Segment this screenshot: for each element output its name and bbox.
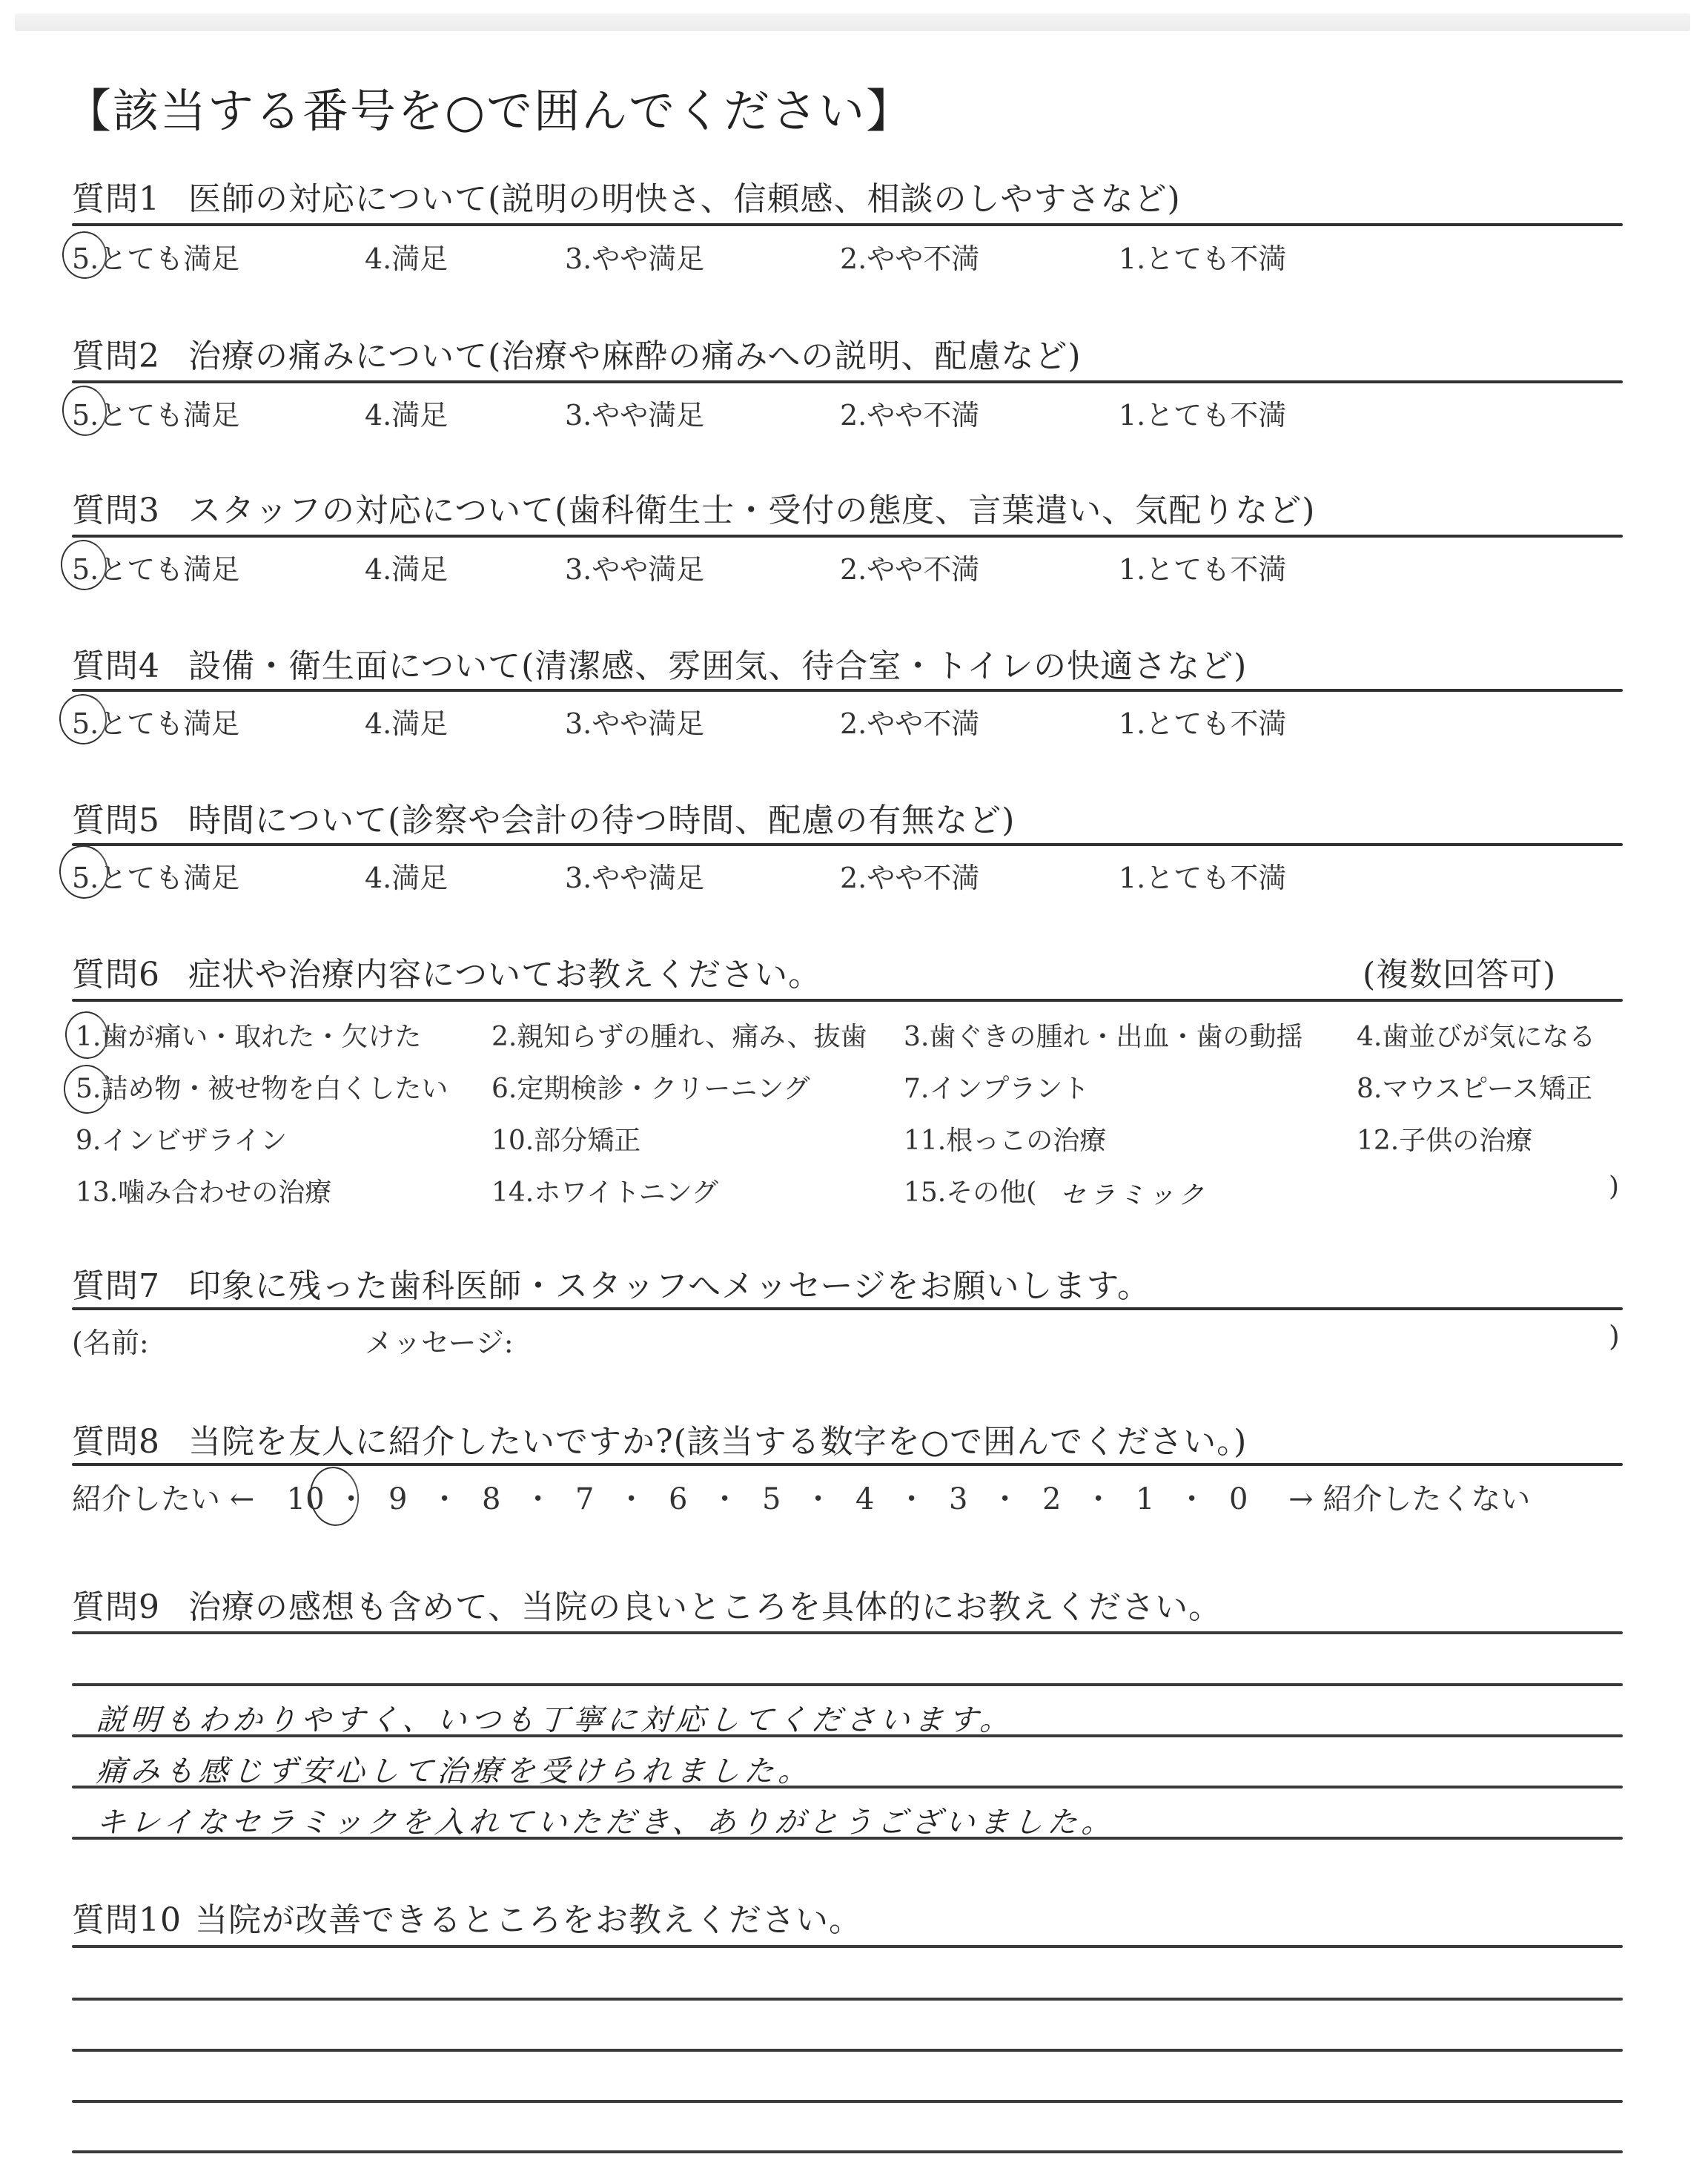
q3-option-2[interactable]: 2.やや不満 (840, 546, 979, 587)
question-2-number: 質問2 (72, 337, 160, 375)
question-8-number: 質問8 (72, 1423, 160, 1461)
question-1-header: 質問1医師の対応について(説明の明快さ、信頼感、相談のしやすさなど) (72, 172, 1181, 219)
question-10-header: 質問10当院が改善できるところをお教えください。 (72, 1893, 862, 1941)
q2-option-4[interactable]: 4.満足 (365, 392, 448, 433)
q5-option-2[interactable]: 2.やや不満 (840, 855, 979, 896)
q8-score-6[interactable]: 6 (661, 1482, 696, 1516)
q6-option-10[interactable]: 10.部分矯正 (491, 1120, 640, 1157)
question-9-text: 治療の感想も含めて、当院の良いところを具体的にお教えください。 (188, 1588, 1222, 1626)
q6-option-14[interactable]: 14.ホワイトニング (491, 1172, 718, 1209)
q9-answer-text-3[interactable]: キレイなセラミックを入れていただき、ありがとうございました。 (95, 1799, 1117, 1841)
question-3-rule (72, 535, 1623, 538)
q5-option-3[interactable]: 3.やや満足 (565, 855, 704, 896)
question-6-header: 質問6症状や治療内容についてお教えください。 (72, 948, 821, 995)
q6-option-3[interactable]: 3.歯ぐきの腫れ・出血・歯の動揺 (904, 1016, 1302, 1054)
q7-message-field[interactable] (549, 1320, 1586, 1353)
question-6-multiple-note: (複数回答可) (1363, 948, 1556, 995)
q6-option-12[interactable]: 12.子供の治療 (1357, 1120, 1532, 1157)
question-7-text: 印象に残った歯科医師・スタッフへメッセージをお願いします。 (188, 1267, 1151, 1305)
question-9-number: 質問9 (72, 1588, 160, 1626)
question-2-header: 質問2治療の痛みについて(治療や麻酔の痛みへの説明、配慮など) (72, 329, 1082, 377)
q3-option-4[interactable]: 4.満足 (365, 546, 448, 587)
q8-score-4[interactable]: 4 (847, 1482, 883, 1516)
q10-answer-line-5 (72, 2150, 1623, 2153)
question-1-rule (72, 223, 1623, 226)
q9-answer-line-2 (72, 1683, 1623, 1686)
q3-option-1[interactable]: 1.とても不満 (1119, 546, 1286, 587)
question-9-header: 質問9治療の感想も含めて、当院の良いところを具体的にお教えください。 (72, 1580, 1222, 1628)
q4-option-4[interactable]: 4.満足 (365, 701, 448, 742)
q5-option-4[interactable]: 4.満足 (365, 855, 448, 896)
question-8-rule (72, 1463, 1623, 1466)
q6-option-11[interactable]: 11.根っこの治療 (904, 1120, 1106, 1157)
q8-score-3[interactable]: 3 (941, 1482, 976, 1516)
q8-separator: ・ (976, 1476, 1034, 1518)
question-7-number: 質問7 (72, 1267, 160, 1305)
q4-option-3[interactable]: 3.やや満足 (565, 701, 704, 742)
q6-option-5[interactable]: 5.詰め物・被せ物を白くしたい (76, 1068, 448, 1106)
q1-option-3[interactable]: 3.やや満足 (565, 236, 704, 277)
q8-separator: ・ (603, 1476, 661, 1518)
q8-score-7[interactable]: 7 (567, 1482, 603, 1516)
question-10-number: 質問10 (72, 1901, 182, 1939)
question-1-text: 医師の対応について(説明の明快さ、信頼感、相談のしやすさなど) (188, 180, 1181, 218)
q8-score-0[interactable]: 0 (1221, 1482, 1257, 1516)
q6-option-4[interactable]: 4.歯並びが気になる (1357, 1016, 1595, 1054)
q8-recommend-scale: 紹介したい ← 10・9・8・7・6・5・4・3・2・1・0 → 紹介したくない (72, 1476, 1530, 1518)
q6-option-15[interactable]: 15.その他( (904, 1172, 1036, 1209)
question-4-header: 質問4設備・衛生面について(清潔感、雰囲気、待合室・トイレの快適さなど) (72, 639, 1247, 687)
q6-option-7[interactable]: 7.インプラント (904, 1068, 1089, 1106)
question-5-header: 質問5時間について(診察や会計の待つ時間、配慮の有無など) (72, 793, 1015, 841)
q2-option-2[interactable]: 2.やや不満 (840, 392, 979, 433)
q8-score-2[interactable]: 2 (1034, 1482, 1070, 1516)
q8-separator: ・ (696, 1476, 754, 1518)
question-8-text: 当院を友人に紹介したいですか?(該当する数字を○で囲んでください。) (188, 1423, 1247, 1461)
q8-score-5[interactable]: 5 (754, 1482, 790, 1516)
question-2-rule (72, 380, 1623, 383)
q2-option-1[interactable]: 1.とても不満 (1119, 392, 1286, 433)
q6-option-8[interactable]: 8.マウスピース矯正 (1357, 1068, 1592, 1106)
question-4-rule (72, 689, 1623, 692)
question-3-text: スタッフの対応について(歯科衛生士・受付の態度、言葉遣い、気配りなど) (188, 492, 1315, 529)
q8-separator: ・ (509, 1476, 567, 1518)
q8-left-label: 紹介したい ← (72, 1482, 254, 1516)
q1-option-4[interactable]: 4.満足 (365, 236, 448, 277)
q6-other-answer[interactable]: セラミック (1060, 1175, 1208, 1211)
question-3-number: 質問3 (72, 492, 160, 529)
question-4-text: 設備・衛生面について(清潔感、雰囲気、待合室・トイレの快適さなど) (188, 647, 1247, 685)
question-6-rule (72, 999, 1623, 1002)
q8-separator: ・ (883, 1476, 941, 1518)
question-6-number: 質問6 (72, 956, 160, 994)
q7-name-label: (名前: (72, 1320, 149, 1361)
q9-answer-text-1[interactable]: 説明もわかりやすく、いつも丁寧に対応してくださいます。 (95, 1697, 1016, 1739)
q8-separator: ・ (1070, 1476, 1128, 1518)
q8-right-label: → 紹介したくない (1288, 1482, 1530, 1516)
question-7-rule (72, 1307, 1623, 1310)
q8-separator: ・ (1163, 1476, 1221, 1518)
q9-answer-text-2[interactable]: 痛みも感じず安心して治療を受けられました。 (95, 1748, 814, 1790)
q2-option-3[interactable]: 3.やや満足 (565, 392, 704, 433)
q8-score-8[interactable]: 8 (474, 1482, 509, 1516)
q8-selection-circle (306, 1464, 363, 1529)
question-5-text: 時間について(診察や会計の待つ時間、配慮の有無など) (188, 802, 1015, 839)
question-2-text: 治療の痛みについて(治療や麻酔の痛みへの説明、配慮など) (188, 337, 1082, 375)
q4-option-2[interactable]: 2.やや不満 (840, 701, 979, 742)
q6-option-1[interactable]: 1.歯が痛い・取れた・欠けた (76, 1016, 421, 1054)
question-1-number: 質問1 (72, 180, 160, 218)
question-6-text: 症状や治療内容についてお教えください。 (188, 956, 821, 994)
scan-top-edge (15, 13, 1690, 31)
q7-message-label: メッセージ: (365, 1320, 514, 1361)
q3-option-3[interactable]: 3.やや満足 (565, 546, 704, 587)
q8-separator: ・ (416, 1476, 474, 1518)
question-10-text: 当院が改善できるところをお教えください。 (195, 1901, 862, 1939)
q5-option-1[interactable]: 1.とても不満 (1119, 855, 1286, 896)
q8-score-1[interactable]: 1 (1128, 1482, 1163, 1516)
question-5-rule (72, 843, 1623, 846)
q1-option-2[interactable]: 2.やや不満 (840, 236, 979, 277)
q10-answer-line-1 (72, 1945, 1623, 1948)
q6-other-close-paren: ) (1609, 1172, 1619, 1202)
question-4-number: 質問4 (72, 647, 160, 685)
q6-option-13[interactable]: 13.噛み合わせの治療 (76, 1172, 331, 1209)
q8-score-9[interactable]: 9 (380, 1482, 416, 1516)
q4-option-1[interactable]: 1.とても不満 (1119, 701, 1286, 742)
question-3-header: 質問3スタッフの対応について(歯科衛生士・受付の態度、言葉遣い、気配りなど) (72, 483, 1315, 531)
q10-answer-line-3 (72, 2049, 1623, 2052)
q1-option-1[interactable]: 1.とても不満 (1119, 236, 1286, 277)
q8-separator: ・ (790, 1476, 847, 1518)
question-5-number: 質問5 (72, 802, 160, 839)
q6-option-6[interactable]: 6.定期検診・クリーニング (491, 1068, 810, 1106)
form-title: 【該当する番号を○で囲んでください】 (65, 74, 913, 140)
q6-option-2[interactable]: 2.親知らずの腫れ、痛み、抜歯 (491, 1016, 867, 1054)
q7-name-field[interactable] (182, 1320, 345, 1353)
question-7-header: 質問7印象に残った歯科医師・スタッフへメッセージをお願いします。 (72, 1259, 1151, 1307)
q10-answer-line-4 (72, 2100, 1623, 2103)
q7-close-paren: ) (1609, 1320, 1620, 1353)
question-8-header: 質問8当院を友人に紹介したいですか?(該当する数字を○で囲んでください。) (72, 1415, 1247, 1462)
q9-answer-line-1 (72, 1631, 1623, 1634)
q10-answer-line-2 (72, 1998, 1623, 2001)
q6-option-9[interactable]: 9.インビザライン (76, 1120, 287, 1157)
